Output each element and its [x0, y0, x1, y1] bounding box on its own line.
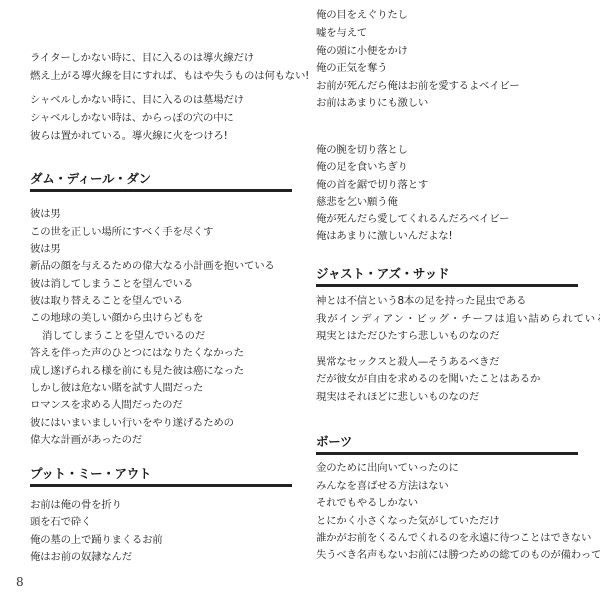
- lyric-line: ロマンスを求める人間だったのだ: [30, 398, 183, 412]
- lyric-line: 俺の目をえぐりたし: [316, 8, 408, 22]
- lyric-line: お前はあまりにも激しい: [316, 96, 428, 110]
- lyric-line: 俺の首を鋸で切り落とす: [316, 178, 428, 192]
- song-title: ダム・ディール・ダン: [30, 171, 151, 187]
- lyric-line: ライターしかない時に、目に入るのは導火線だけ: [30, 51, 254, 65]
- title-rule: [30, 189, 292, 192]
- lyric-line: 慈悲を乞い願う俺: [316, 195, 398, 209]
- lyric-line: お前が死んだら俺はお前を愛するよベイビー: [316, 79, 519, 93]
- lyric-line: 偉大な計画があったのだ: [30, 433, 142, 447]
- lyric-line: とにかく小さくなった気がしていただけ: [316, 514, 499, 528]
- lyric-line: この世を正しい場所にすべく手を尽くす: [30, 225, 213, 239]
- lyric-line: 俺の墓の上で踊りまくるお前: [30, 533, 162, 547]
- lyric-line: この地球の美しい顔から虫けらどもを: [30, 311, 203, 325]
- lyric-line: 俺の頭に小便をかけ: [316, 44, 408, 58]
- lyric-line: 俺が死んだら愛してくれるんだろベイビー: [316, 212, 509, 226]
- title-rule: [316, 452, 578, 455]
- lyric-line: 彼は男: [30, 242, 61, 256]
- lyric-line: 彼は取り替えることを望んでいる: [30, 294, 183, 308]
- lyric-line: みんなを喜ばせる方法はない: [316, 479, 448, 493]
- title-rule: [316, 284, 578, 287]
- lyric-line: 俺はあまりに激しいんだよな!: [316, 229, 452, 243]
- lyric-line: シャベルしかない時は、からっぽの穴の中に: [30, 111, 234, 125]
- lyric-line: 異常なセックスと殺人—そうあるべきだ: [316, 355, 499, 369]
- song-title: ボーツ: [316, 434, 352, 450]
- lyric-line: 成し遂げられる様を前にも見た彼は癌になった: [30, 364, 244, 378]
- page-number: 8: [16, 575, 24, 589]
- lyric-line: 燃え上がる導火線を目にすれば、もはや失うものは何もない!: [30, 69, 309, 83]
- song-title: ジャスト・アズ・サッド: [316, 266, 449, 282]
- title-rule: [30, 484, 292, 487]
- lyric-line: 俺はお前の奴隷なんだ: [30, 550, 132, 564]
- lyric-line: 現実とはただひたすら悲しいものなのだ: [316, 329, 499, 343]
- lyric-line: 彼は男: [30, 207, 61, 221]
- lyric-line: 我がインディアン・ビッグ・チーフは追い詰められている: [316, 312, 600, 326]
- lyric-line: 答えを伴った声のひとつにはなりたくなかった: [30, 346, 244, 360]
- lyric-line: しかし彼は危ない賭を試す人間だった: [30, 381, 203, 395]
- lyric-line: 彼にはいまいましい行いをやり遂げるための: [30, 416, 234, 430]
- lyric-line: 失うべき名声もないお前には勝つための総てのものが備わっている: [316, 548, 600, 562]
- lyric-line: 俺の正気を奪う: [316, 61, 387, 75]
- lyric-line: 消してしまうことを望んでいるのだ: [42, 329, 205, 343]
- lyric-line: シャベルしかない時に、目に入るのは墓場だけ: [30, 93, 244, 107]
- lyric-line: 現実はそれほどに悲しいものなのだ: [316, 390, 479, 404]
- lyric-line: 嘘を与えて: [316, 26, 367, 40]
- lyric-line: それでもやるしかない: [316, 496, 418, 510]
- lyric-line: 神とは不信という8本の足を持った昆虫である: [316, 294, 526, 308]
- lyric-line: 俺の腕を切り落とし: [316, 143, 408, 157]
- lyric-line: 彼らは置かれている。導火線に火をつけろ!: [30, 129, 228, 143]
- lyric-line: 新品の顔を与えるための偉大なる小計画を抱いている: [30, 259, 275, 273]
- lyric-line: 俺の足を食いちぎり: [316, 160, 408, 174]
- lyric-line: 頭を石で砕く: [30, 515, 91, 529]
- lyric-line: 彼は消してしまうことを望んでいる: [30, 277, 193, 291]
- lyric-line: だが彼女が自由を求めるのを聞いたことはあるか: [316, 372, 540, 386]
- song-title: プット・ミー・アウト: [30, 466, 151, 482]
- lyric-line: 誰かがお前をくるんでくれるのを永遠に待つことはできない: [316, 531, 591, 545]
- lyric-line: お前は俺の骨を折り: [30, 498, 122, 512]
- lyric-line: 金のために出向いていったのに: [316, 461, 459, 475]
